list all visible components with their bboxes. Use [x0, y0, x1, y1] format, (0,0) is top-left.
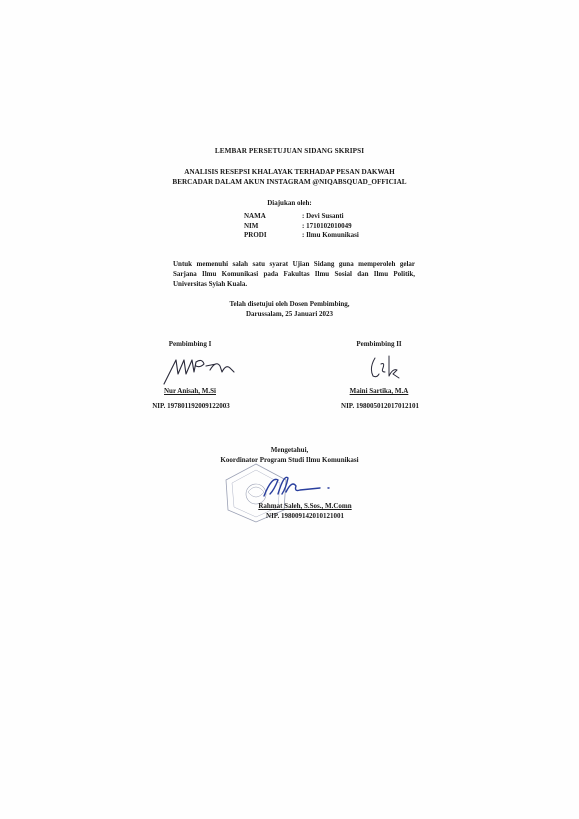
student-nim-row: NIM : 1710102010049 [244, 222, 359, 232]
signature-2-icon [365, 352, 405, 382]
field-value: : Devi Susanti [302, 212, 344, 222]
field-value: : 1710102010049 [302, 222, 352, 232]
supervisor-1-name: Nur Anisah, M.Si [138, 387, 242, 395]
coordinator-nip: NIP. 198009142010121001 [250, 512, 360, 520]
supervisor-1-nip: NIP. 197801192009122003 [118, 402, 264, 410]
student-identity: NAMA : Devi Susanti NIM : 1710102010049 … [244, 212, 359, 241]
field-label: PRODI [244, 231, 302, 241]
student-prodi-row: PRODI : Ilmu Komunikasi [244, 231, 359, 241]
submitted-by-label: Diajukan oleh: [0, 199, 579, 207]
student-name-row: NAMA : Devi Susanti [244, 212, 359, 222]
purpose-paragraph: Untuk memenuhi salah satu syarat Ujian S… [173, 259, 415, 289]
approval-statement: Telah disetujui oleh Dosen Pembimbing, D… [0, 299, 579, 319]
supervisor-1-role: Pembimbing I [138, 340, 242, 348]
thesis-title-line-1: ANALISIS RESEPSI KHALAYAK TERHADAP PESAN… [0, 168, 579, 178]
supervisor-2-name: Maini Sartika, M.A [327, 387, 431, 395]
thesis-title-line-2: BERCADAR DALAM AKUN INSTAGRAM @NIQABSQUA… [0, 178, 579, 188]
field-label: NIM [244, 222, 302, 232]
supervisor-2-role: Pembimbing II [327, 340, 431, 348]
acknowledgement-line-1: Mengetahui, [0, 445, 579, 455]
field-label: NAMA [244, 212, 302, 222]
document-title: LEMBAR PERSETUJUAN SIDANG SKRIPSI [0, 147, 579, 155]
approval-line-1: Telah disetujui oleh Dosen Pembimbing, [0, 299, 579, 309]
signature-3-icon [258, 470, 338, 500]
signature-1-icon [160, 352, 240, 386]
approval-date: Darussalam, 25 Januari 2023 [0, 309, 579, 319]
supervisor-2-nip: NIP. 198005012017012101 [310, 402, 450, 410]
thesis-title: ANALISIS RESEPSI KHALAYAK TERHADAP PESAN… [0, 168, 579, 187]
coordinator-name: Rahmat Saleh, S.Sos., M.Comn [250, 502, 360, 510]
approval-page: LEMBAR PERSETUJUAN SIDANG SKRIPSI ANALIS… [0, 0, 579, 819]
field-value: : Ilmu Komunikasi [302, 231, 359, 241]
